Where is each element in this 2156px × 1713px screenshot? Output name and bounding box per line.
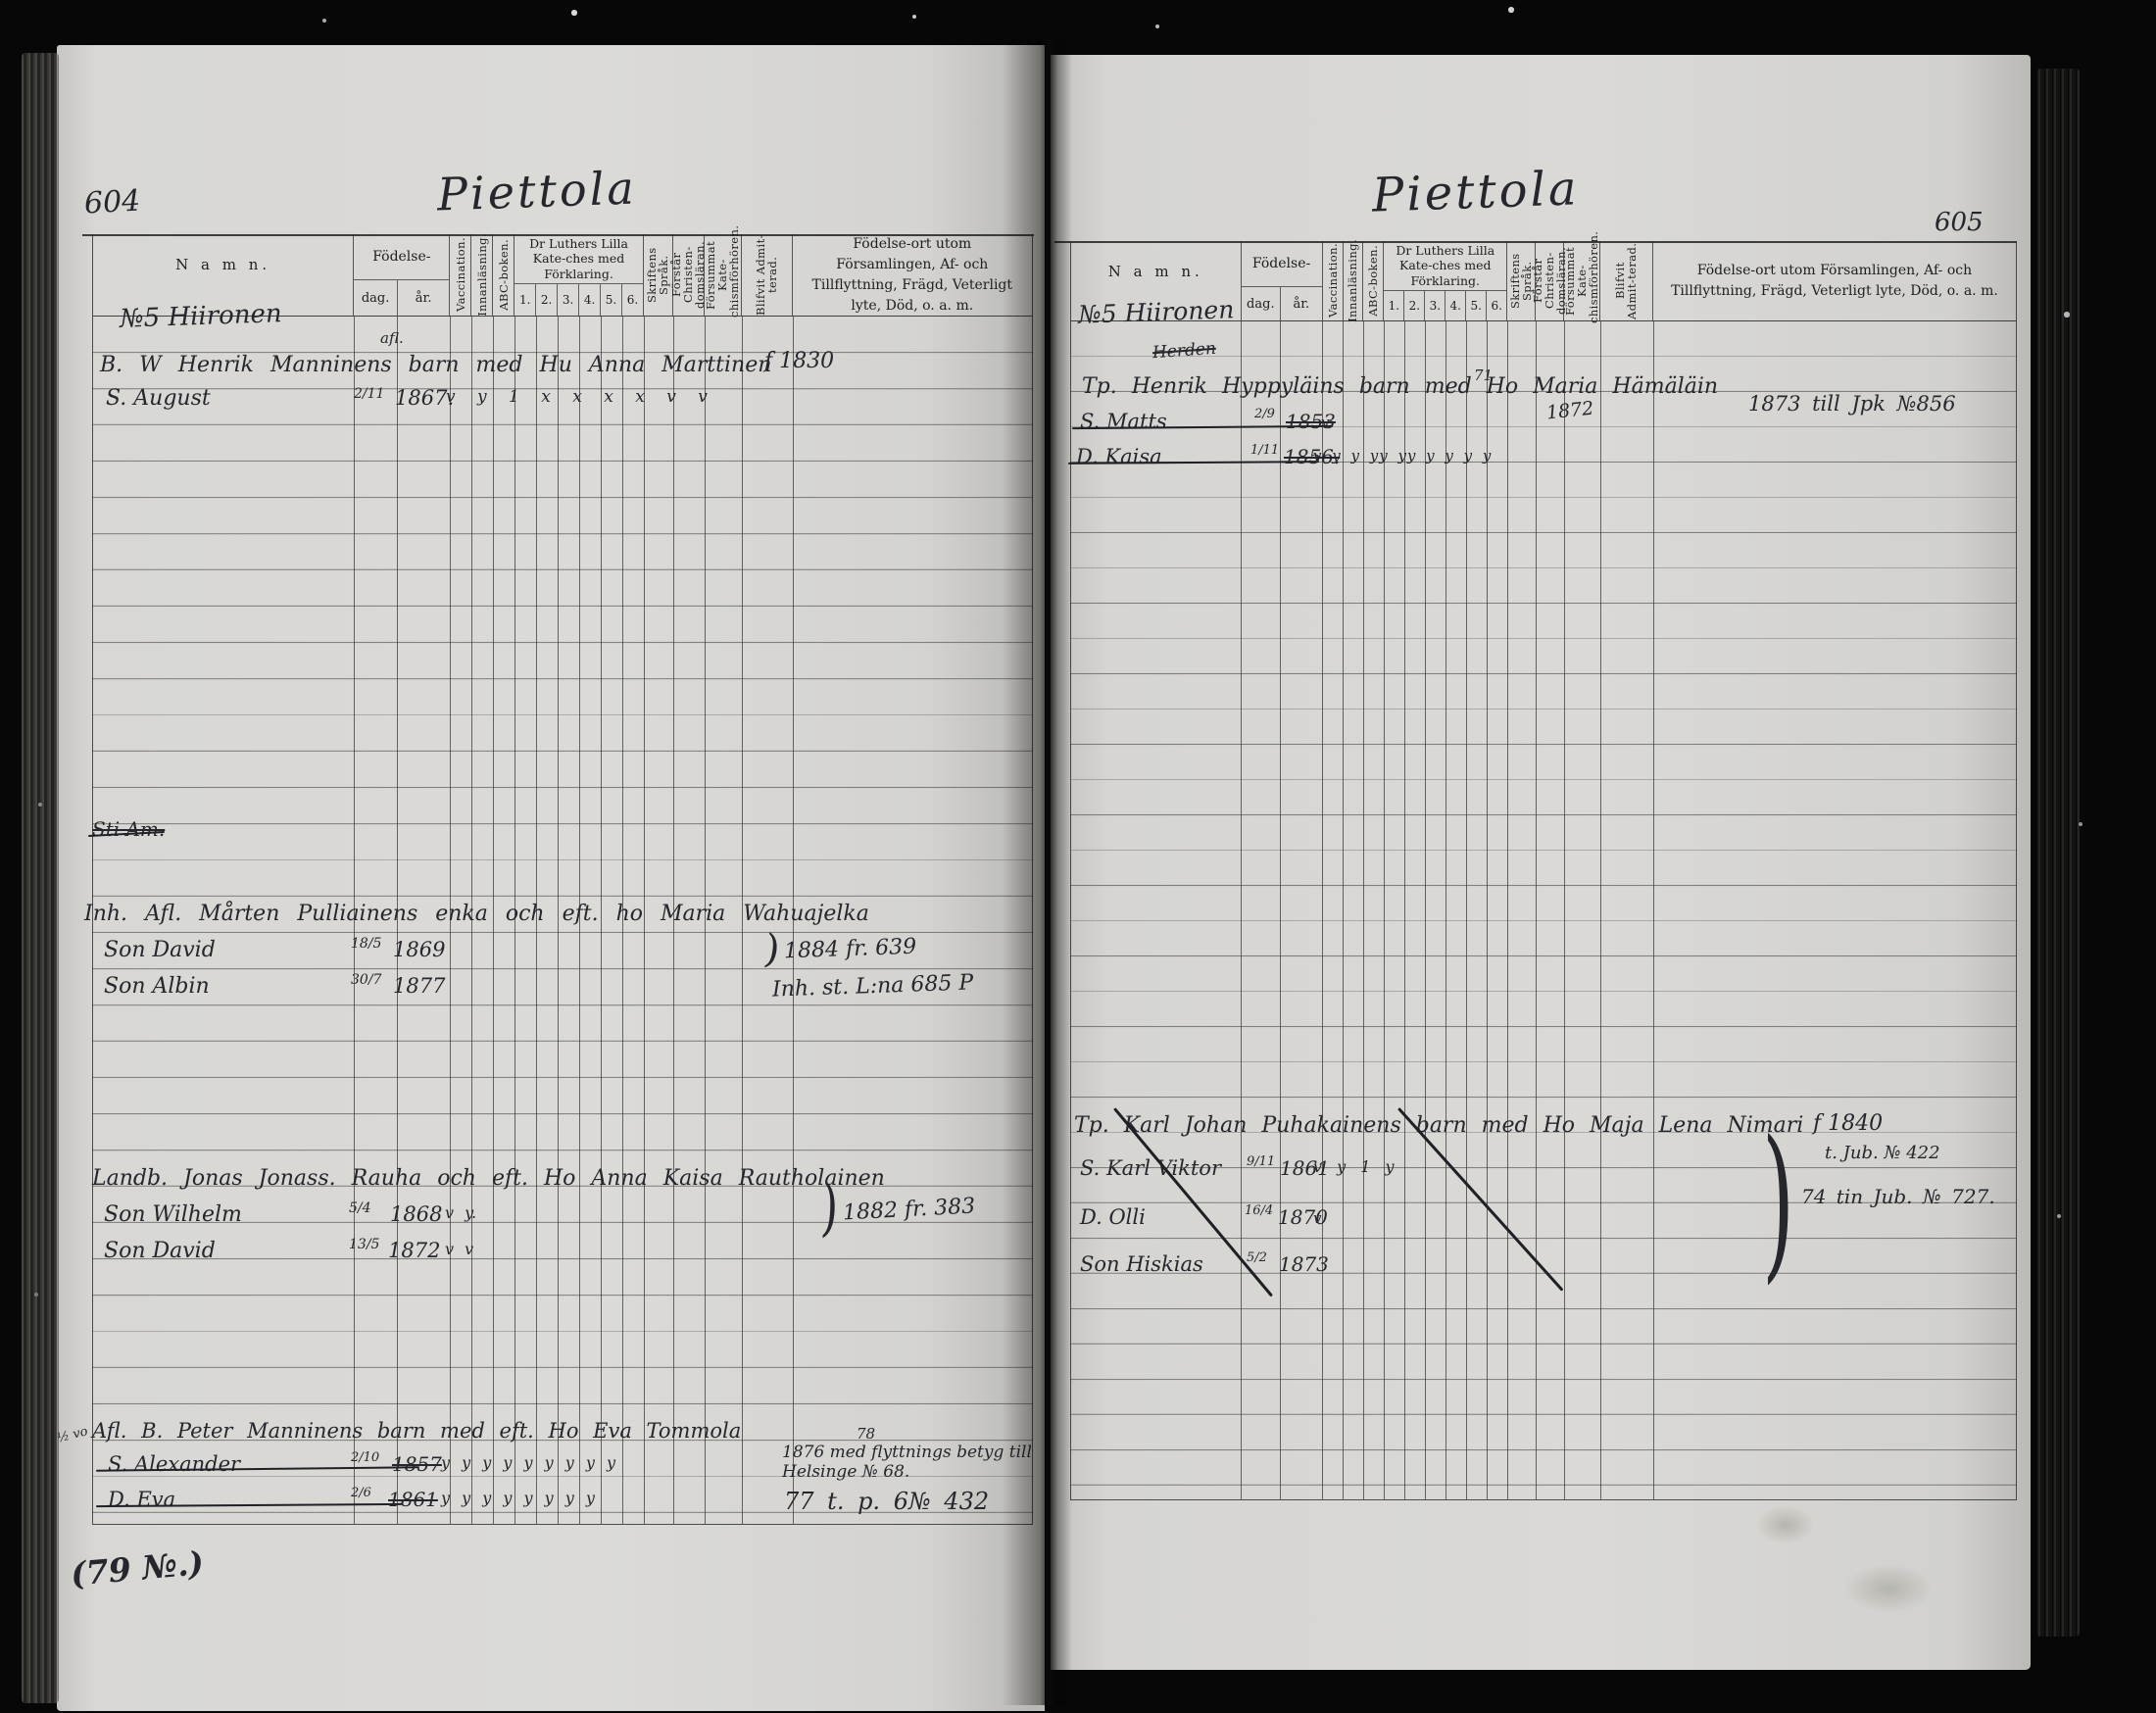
entry-birth-day: 16/4: [1245, 1204, 1273, 1217]
column-rule: [1241, 321, 1242, 1499]
col-blifvit: Blifvit Admit-terad.: [1599, 241, 1652, 320]
family-head-entry: Tp. Henrik Hyppyläins barn med Ho Maria …: [1082, 376, 1718, 398]
entry-name: Son David: [104, 1241, 216, 1262]
entry-name: Son David: [104, 940, 216, 961]
entry-marks: y y y y y y y y: [441, 1491, 595, 1506]
remark-note-line2: Helsinge № 68.: [782, 1464, 909, 1481]
entry-birth-year: 1861: [388, 1490, 438, 1509]
col-namn-label: N a m n.: [1108, 263, 1203, 280]
col-fodelse: Födelse- dag. år.: [1241, 241, 1322, 320]
entry-birth-day: 1/11: [1250, 444, 1279, 457]
col-vaccination-label: Vaccination.: [455, 237, 466, 312]
remark-note-line1: 1876 med flyttnings betyg till: [782, 1444, 1032, 1461]
kateches-6: 6.: [621, 284, 643, 316]
note-brace: ): [1762, 1105, 1794, 1299]
remark-note: f 1830: [764, 351, 834, 372]
entry-birth-day: 9/11: [1247, 1155, 1275, 1168]
kateches-2: 2.: [535, 284, 557, 316]
col-namn-label: N a m n.: [175, 256, 270, 273]
col-fodelse-label: Födelse-: [354, 234, 449, 279]
margin-marks: ½ vo: [57, 1425, 89, 1444]
col-fodelseort: Födelse-ort utom Församlingen, Af- och T…: [792, 234, 1032, 316]
remark-note: 77 t. p. 6№ 432: [784, 1490, 989, 1513]
col-forstar: Förstår Christen-domsläran.: [672, 234, 704, 316]
col-forstar-label: Förstår Christen-domsläran.: [670, 234, 706, 316]
household-heading: №5 Hiironen: [120, 301, 282, 332]
column-rule: [1363, 321, 1364, 1499]
col-kateches-nums: 1. 2. 3. 4. 5. 6.: [514, 283, 643, 316]
col-abc: ABC-boken.: [492, 234, 514, 316]
entry-birth-year: 1872: [388, 1241, 440, 1261]
kateches-3: 3.: [1424, 291, 1445, 320]
col-skriftens-label: Skriftens Språk.: [1509, 241, 1533, 320]
column-rule: [1343, 321, 1344, 1499]
col-skriftens: Skriftens Språk.: [643, 234, 672, 316]
family-head-entry: Afl. B. Peter Manninens barn med eft. Ho…: [92, 1421, 741, 1442]
entry-marks: v: [1313, 1211, 1321, 1226]
col-abc-label: ABC-boken.: [498, 239, 510, 311]
col-vaccination: Vaccination.: [1322, 241, 1343, 320]
page-title-left: Piettola: [436, 165, 637, 217]
col-vaccination-label: Vaccination.: [1327, 243, 1339, 318]
entry-marks: v: [1321, 416, 1329, 430]
entry-marks: v y 1 x x x x v v: [446, 389, 710, 406]
margin-scrawl: (79 №.): [70, 1546, 205, 1591]
column-rule: [1507, 321, 1508, 1499]
col-ar-label: år.: [397, 280, 449, 316]
entry-marks: v y.: [445, 1205, 476, 1221]
col-kateches-label: Dr Luthers Lilla Kate-ches med Förklarin…: [1384, 241, 1506, 290]
entry-name: Son Albin: [104, 976, 210, 998]
entry-birth-day: 13/5: [349, 1238, 379, 1251]
entry-birth-year: 1857: [392, 1454, 442, 1474]
remark-note: f 1840: [1813, 1113, 1883, 1135]
entry-mark: 71: [1474, 368, 1493, 383]
column-rule: [1487, 321, 1488, 1499]
page-number-left: 604: [83, 187, 141, 220]
family-head-entry: Tp. Karl Johan Puhakainens barn med Ho M…: [1074, 1115, 1803, 1137]
col-dag-label: dag.: [354, 280, 397, 316]
entry-birth-year: 1873: [1279, 1254, 1329, 1274]
page-title-right: Piettola: [1371, 165, 1580, 219]
col-innanlasning: Innanläsning.: [470, 234, 492, 316]
column-rule: [1384, 321, 1385, 1499]
table-grid-right: [1070, 321, 2017, 1500]
col-dag-label: dag.: [1242, 287, 1281, 320]
col-abc-label: ABC-boken.: [1367, 245, 1379, 317]
entry-name: Son Hiskias: [1080, 1254, 1203, 1275]
col-fodelse-sub: dag. år.: [1242, 286, 1322, 320]
column-rule: [1445, 321, 1446, 1499]
col-forstar-label: Förstår Christen-domsläran.: [1532, 241, 1567, 320]
col-forsummat: Försummat Kate-chismförhören.: [1563, 241, 1599, 320]
entry-birth-day: 2/9: [1254, 408, 1275, 420]
entry-name: D. Olli: [1080, 1207, 1146, 1228]
page-stain: [1844, 1564, 1933, 1613]
col-innanlasning-label: Innanläsning.: [476, 233, 488, 317]
entry-birth-day: 5/4: [349, 1201, 371, 1215]
col-forsummat-label: Försummat Kate-chismförhören.: [1564, 239, 1599, 323]
inserted-word: afl.: [380, 331, 404, 346]
column-rule: [1600, 321, 1601, 1499]
col-fodelse: Födelse- dag. år.: [353, 234, 449, 316]
column-rule: [1466, 321, 1467, 1499]
family-head-entry: Landb. Jonas Jonass. Rauha och eft. Ho A…: [92, 1168, 885, 1190]
entry-marks: v y y yy yy y y y y: [1313, 449, 1492, 464]
family-head-entry: B. W Henrik Manninens barn med Hu Anna M…: [100, 355, 771, 376]
entry-birth-day: 2/11: [354, 387, 384, 401]
page-stain: [1756, 1505, 1815, 1544]
col-forsummat-label: Försummat Kate-chismförhören.: [705, 233, 740, 318]
column-rule: [1536, 321, 1537, 1499]
kateches-5: 5.: [600, 284, 621, 316]
column-rule: [1322, 321, 1323, 1499]
kateches-3: 3.: [557, 284, 578, 316]
page-edges-right: [2036, 69, 2080, 1637]
entry-birth-day: 2/10: [351, 1451, 379, 1464]
entry-name: Son Wilhelm: [104, 1204, 242, 1226]
inserted-word: Herden: [1151, 341, 1216, 362]
col-forsummat: Försummat Kate-chismförhören.: [704, 234, 741, 316]
entry-birth-day: 30/7: [351, 973, 381, 987]
entry-marks: y y y y y y y y y: [441, 1455, 615, 1471]
column-rule: [1425, 321, 1426, 1499]
remark-note: 1884 fr. 639: [784, 937, 917, 963]
entry-birth-year: 1877: [393, 976, 445, 997]
note-brace: ): [819, 1171, 840, 1246]
page-number-right: 605: [1935, 210, 1984, 235]
remark-note: 1873 till Jpk №856: [1748, 394, 1956, 415]
column-rule: [1653, 321, 1654, 1499]
col-fodelse-label: Födelse-: [1242, 241, 1322, 286]
col-kateches: Dr Luthers Lilla Kate-ches med Förklarin…: [1383, 241, 1506, 320]
column-rule: [1564, 321, 1565, 1499]
col-blifvit-label: Blifvit Admit-terad.: [755, 234, 778, 316]
page-edges-left: [22, 53, 59, 1703]
col-fodelseort: Födelse-ort utom Församlingen, Af- och T…: [1652, 241, 2016, 320]
col-innanlasning: Innanläsning.: [1343, 241, 1363, 320]
col-vaccination: Vaccination.: [449, 234, 470, 316]
col-ar-label: år.: [1280, 287, 1321, 320]
entry-birth-year: 1868: [390, 1204, 442, 1225]
kateches-4: 4.: [1445, 291, 1465, 320]
remark-note: t. Jub. № 422: [1825, 1145, 1940, 1162]
entry-name: S. Karl Viktor: [1080, 1158, 1221, 1179]
kateches-1: 1.: [514, 284, 535, 316]
entry-marks: v y 1 y: [1313, 1159, 1395, 1175]
col-kateches: Dr Luthers Lilla Kate-ches med Förklarin…: [514, 234, 643, 316]
col-fodelseort-label: Födelse-ort utom Församlingen, Af- och T…: [803, 234, 1022, 317]
scan-dust-specks: [0, 0, 2, 2]
col-kateches-nums: 1. 2. 3. 4. 5. 6.: [1384, 290, 1506, 320]
entry-birth-day: 18/5: [351, 937, 381, 951]
admitted-year: 1872: [1545, 400, 1594, 423]
kateches-1: 1.: [1384, 291, 1403, 320]
col-innanlasning-label: Innanläsning.: [1347, 239, 1358, 322]
column-rule: [1404, 321, 1405, 1499]
book-page-right: Piettola 605 N a m n. Födelse- dag. år. …: [1051, 55, 2031, 1670]
col-fodelseort-label: Födelse-ort utom Församlingen, Af- och T…: [1663, 261, 2006, 302]
col-kateches-label: Dr Luthers Lilla Kate-ches med Förklarin…: [514, 234, 643, 283]
column-rule: [1280, 321, 1281, 1499]
remark-note: 74 tin Jub. № 727.: [1801, 1187, 1995, 1206]
col-forstar: Förstår Christen-domsläran.: [1535, 241, 1563, 320]
entry-birth-day: 5/2: [1247, 1251, 1267, 1264]
col-fodelse-sub: dag. år.: [354, 279, 449, 316]
col-skriftens-label: Skriftens Språk.: [646, 234, 669, 316]
entry-mark: 78: [857, 1427, 875, 1442]
col-blifvit-label: Blifvit Admit-terad.: [1614, 241, 1638, 320]
entry-name: S. August: [106, 388, 211, 410]
household-heading: №5 Hiironen: [1078, 297, 1235, 327]
entry-marks: v v: [445, 1242, 473, 1257]
col-blifvit: Blifvit Admit-terad.: [741, 234, 792, 316]
entry-name: D. Kaisa: [1076, 447, 1162, 467]
entry-birth-year: 1869: [393, 940, 445, 960]
kateches-4: 4.: [578, 284, 600, 316]
kateches-6: 6.: [1486, 291, 1506, 320]
col-abc: ABC-boken.: [1362, 241, 1383, 320]
entry-name: S. Alexander: [108, 1454, 240, 1475]
kateches-5: 5.: [1465, 291, 1486, 320]
family-head-entry: Inh. Afl. Mårten Pulliainens enka och ef…: [84, 904, 869, 925]
entry-birth-day: 2/6: [351, 1487, 371, 1499]
book-page-left: 604 Piettola N a m n. Födelse- dag. år. …: [57, 45, 1045, 1711]
kateches-2: 2.: [1403, 291, 1424, 320]
